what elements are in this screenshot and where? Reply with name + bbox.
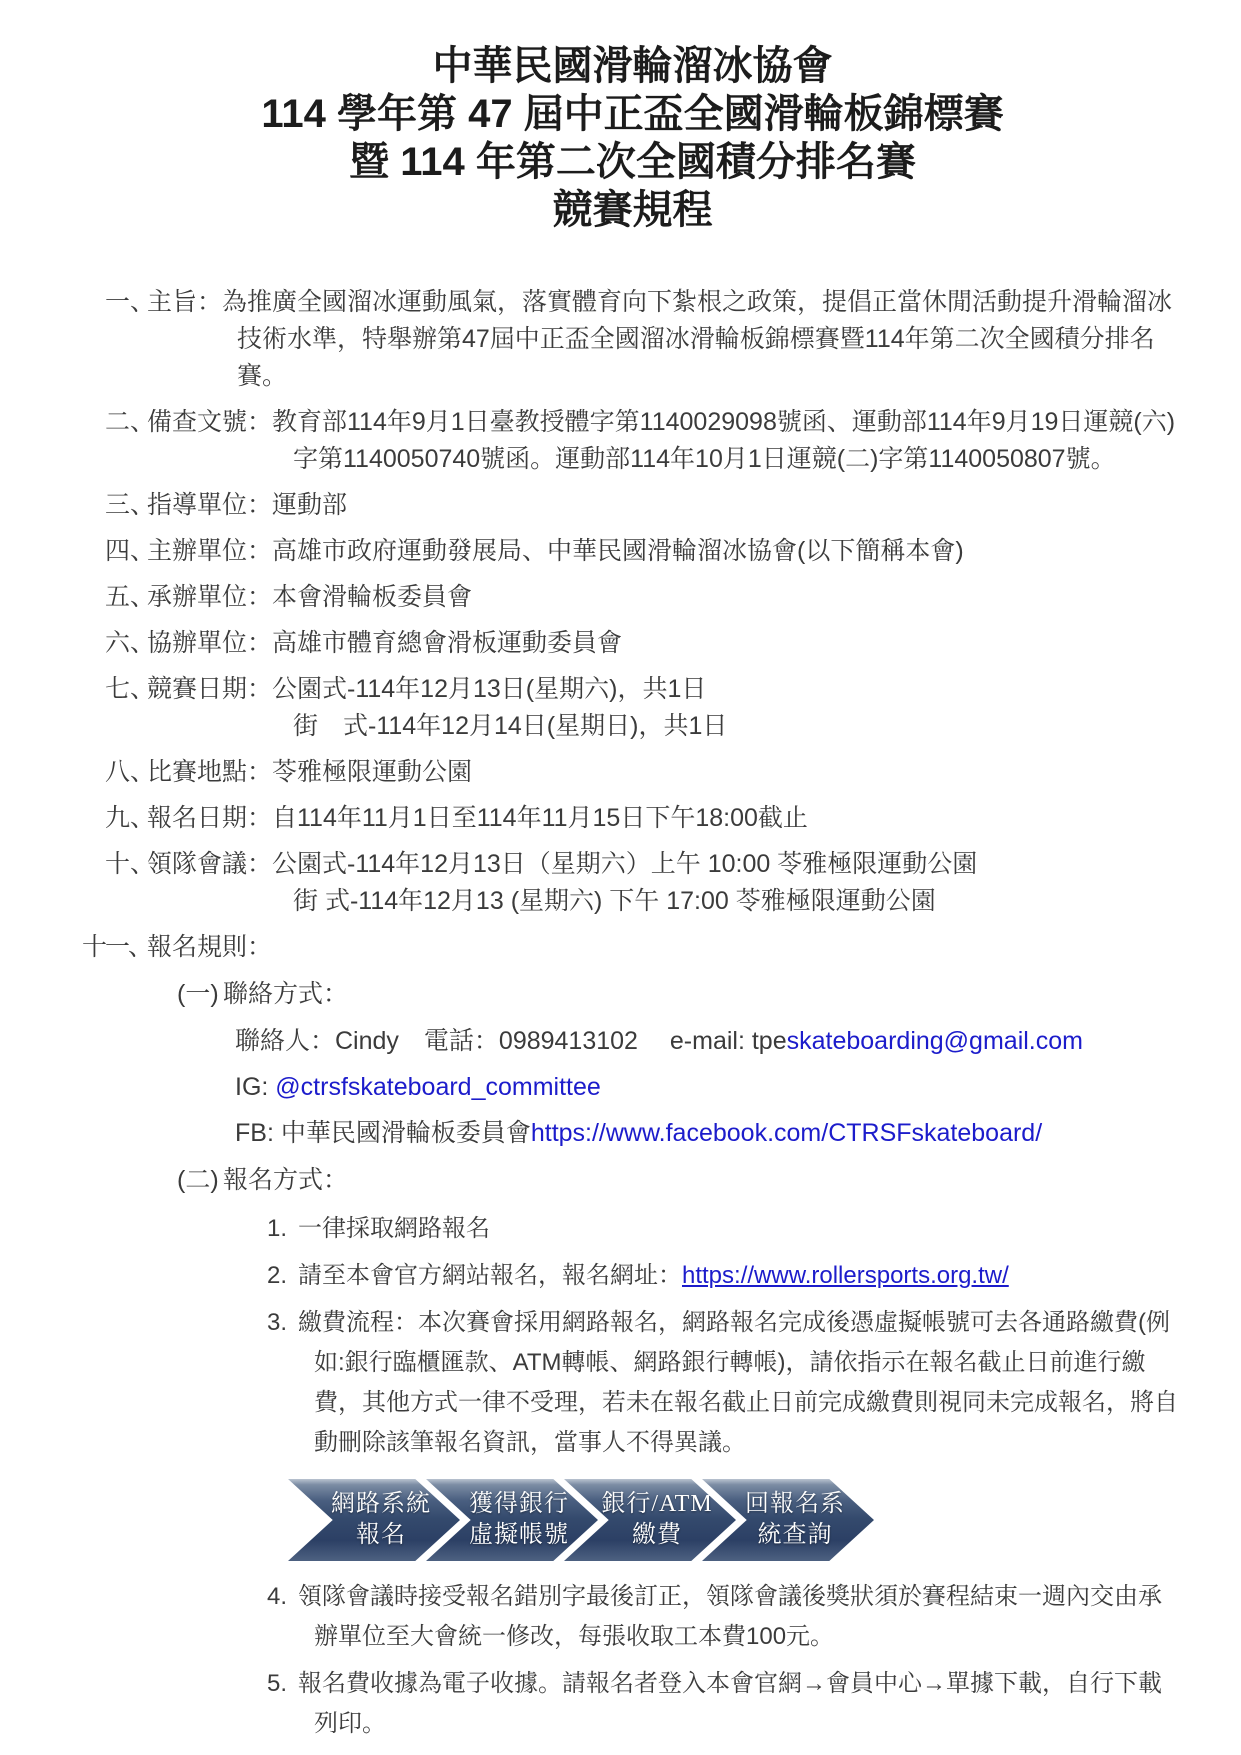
item-text: 報名規則： xyxy=(147,929,1183,966)
flow-step-label: 網路系統 xyxy=(331,1489,431,1520)
subsection-contact-methods: (一) 聯絡方式： xyxy=(177,976,1183,1013)
subsection-number: (一) xyxy=(177,976,223,1013)
leaders-meeting-line-2: 街 式-114年12月13 (星期六) 下午 17:00 苓雅極限運動公園 xyxy=(147,883,1183,920)
step-number: 4. xyxy=(267,1577,298,1657)
step-text: 請至本會官方網站報名，報名網址：https://www.rollersports… xyxy=(298,1256,1183,1296)
item-text: 備查文號：教育部114年9月1日臺教授體字第1140029098號函、運動部11… xyxy=(147,404,1183,478)
flow-step-label: 回報名系 xyxy=(745,1489,845,1520)
item-row-venue: 八、 比賽地點：苓雅極限運動公園 xyxy=(82,754,1183,791)
item-row-undertaking-unit: 五、 承辦單位：本會滑輪板委員會 xyxy=(82,579,1183,616)
item-number: 二、 xyxy=(82,404,147,478)
contact-person-line: 聯絡人：Cindy 電話：0989413102 e-mail: tpeskate… xyxy=(235,1023,1183,1060)
item-number: 五、 xyxy=(82,579,147,616)
item-text: 比賽地點：苓雅極限運動公園 xyxy=(147,754,1183,791)
flow-step-online-registration: 網路系統 報名 xyxy=(288,1479,460,1561)
item-body: 領隊會議：公園式-114年12月13日（星期六）上午 10:00 苓雅極限運動公… xyxy=(147,846,1183,920)
item-row-organizer: 四、 主辦單位：高雄市政府運動發展局、中華民國滑輪溜冰協會(以下簡稱本會) xyxy=(82,533,1183,570)
registration-step-2: 2. 請至本會官方網站報名，報名網址：https://www.rollerspo… xyxy=(267,1256,1183,1296)
item-row-co-organizer: 六、 協辦單位：高雄市體育總會滑板運動委員會 xyxy=(82,625,1183,662)
subsection-label: 聯絡方式： xyxy=(223,976,348,1013)
flow-step-label: 報名 xyxy=(356,1520,406,1551)
step-text: 領隊會議時接受報名錯別字最後訂正，領隊會議後獎狀須於賽程結束一週內交由承辦單位至… xyxy=(298,1577,1183,1657)
item-row-supervising-unit: 三、 指導單位：運動部 xyxy=(82,487,1183,524)
item-number: 六、 xyxy=(82,625,147,662)
competition-date-line-1: 競賽日期：公園式-114年12月13日(星期六)，共1日 xyxy=(147,671,1183,708)
facebook-link[interactable]: https://www.facebook.com/CTRSFskateboard… xyxy=(531,1119,1042,1147)
step-number: 5. xyxy=(267,1664,298,1744)
item-row-leaders-meeting: 十、 領隊會議：公園式-114年12月13日（星期六）上午 10:00 苓雅極限… xyxy=(82,846,1183,920)
registration-step-3: 3. 繳費流程：本次賽會採用網路報名，網路報名完成後憑虛擬帳號可去各通路繳費(例… xyxy=(267,1303,1183,1463)
item-row-registration-period: 九、 報名日期：自114年11月1日至114年11月15日下午18:00截止 xyxy=(82,800,1183,837)
facebook-line: FB: 中華民國滑輪板委員會https://www.facebook.com/C… xyxy=(235,1115,1183,1152)
item-text: 協辦單位：高雄市體育總會滑板運動委員會 xyxy=(147,625,1183,662)
subsection-label: 報名方式： xyxy=(223,1162,348,1199)
item-number: 四、 xyxy=(82,533,147,570)
document-title: 中華民國滑輪溜冰協會 114 學年第 47 屆中正盃全國滑輪板錦標賽 暨 114… xyxy=(82,42,1183,234)
flow-step-label: 統查詢 xyxy=(758,1520,833,1551)
fb-label: FB: 中華民國滑輪板委員會 xyxy=(235,1119,531,1147)
instagram-line: IG: @ctrsfskateboard_committee xyxy=(235,1069,1183,1106)
step-text: 繳費流程：本次賽會採用網路報名，網路報名完成後憑虛擬帳號可去各通路繳費(例如:銀… xyxy=(298,1303,1183,1463)
item-text: 主旨：為推廣全國溜冰運動風氣，落實體育向下紮根之政策，提倡正當休閒活動提升滑輪溜… xyxy=(147,284,1183,395)
step-number: 1. xyxy=(267,1209,298,1249)
step-text: 報名費收據為電子收據。請報名者登入本會官網→會員中心→單據下載，自行下載列印。 xyxy=(298,1664,1183,1744)
step-text: 一律採取網路報名 xyxy=(298,1209,1183,1249)
subsection-registration-methods: (二) 報名方式： xyxy=(177,1162,1183,1199)
item-body: 競賽日期：公園式-114年12月13日(星期六)，共1日 街 式-114年12月… xyxy=(147,671,1183,745)
title-line-3: 暨 114 年第二次全國積分排名賽 xyxy=(82,138,1183,186)
instagram-link[interactable]: @ctrsfskateboard_committee xyxy=(275,1073,601,1101)
item-text: 主辦單位：高雄市政府運動發展局、中華民國滑輪溜冰協會(以下簡稱本會) xyxy=(147,533,1183,570)
item-number: 一、 xyxy=(82,284,147,395)
item-number: 三、 xyxy=(82,487,147,524)
email-link[interactable]: skateboarding@gmail.com xyxy=(787,1027,1083,1055)
registration-url-link[interactable]: https://www.rollersports.org.tw/ xyxy=(682,1262,1009,1289)
leaders-meeting-line-1: 領隊會議：公園式-114年12月13日（星期六）上午 10:00 苓雅極限運動公… xyxy=(147,846,1183,883)
payment-flow-diagram: 網路系統 報名 獲得銀行 虛擬帳號 銀行/ATM 繳費 回報名系 統查詢 xyxy=(288,1479,1183,1561)
step-text-pre: 請至本會官方網站報名，報名網址： xyxy=(298,1262,682,1289)
item-number: 十、 xyxy=(82,846,147,920)
item-text: 報名日期：自114年11月1日至114年11月15日下午18:00截止 xyxy=(147,800,1183,837)
flow-step-label: 虛擬帳號 xyxy=(469,1520,569,1551)
flow-step-label: 銀行/ATM xyxy=(601,1489,712,1520)
title-line-1: 中華民國滑輪溜冰協會 xyxy=(82,42,1183,90)
ig-label: IG: xyxy=(235,1073,275,1101)
item-number: 十一、 xyxy=(82,929,147,966)
step-number: 2. xyxy=(267,1256,298,1296)
item-number: 八、 xyxy=(82,754,147,791)
item-number: 七、 xyxy=(82,671,147,745)
item-row-competition-dates: 七、 競賽日期：公園式-114年12月13日(星期六)，共1日 街 式-114年… xyxy=(82,671,1183,745)
step-number: 3. xyxy=(267,1303,298,1463)
item-text: 指導單位：運動部 xyxy=(147,487,1183,524)
item-row-registration-rules: 十一、 報名規則： xyxy=(82,929,1183,966)
item-row-purpose: 一、 主旨：為推廣全國溜冰運動風氣，落實體育向下紮根之政策，提倡正當休閒活動提升… xyxy=(82,284,1183,395)
document-page: 中華民國滑輪溜冰協會 114 學年第 47 屆中正盃全國滑輪板錦標賽 暨 114… xyxy=(0,0,1241,1755)
item-text: 承辦單位：本會滑輪板委員會 xyxy=(147,579,1183,616)
title-line-2: 114 學年第 47 屆中正盃全國滑輪板錦標賽 xyxy=(82,90,1183,138)
flow-step-label: 繳費 xyxy=(632,1520,682,1551)
item-row-reference-number: 二、 備查文號：教育部114年9月1日臺教授體字第1140029098號函、運動… xyxy=(82,404,1183,478)
competition-date-line-2: 街 式-114年12月14日(星期日)，共1日 xyxy=(147,708,1183,745)
registration-step-4: 4. 領隊會議時接受報名錯別字最後訂正，領隊會議後獎狀須於賽程結束一週內交由承辦… xyxy=(267,1577,1183,1657)
title-line-4: 競賽規程 xyxy=(82,186,1183,234)
item-number: 九、 xyxy=(82,800,147,837)
subsection-number: (二) xyxy=(177,1162,223,1199)
registration-step-1: 1. 一律採取網路報名 xyxy=(267,1209,1183,1249)
registration-step-5: 5. 報名費收據為電子收據。請報名者登入本會官網→會員中心→單據下載，自行下載列… xyxy=(267,1664,1183,1744)
flow-step-label: 獲得銀行 xyxy=(469,1489,569,1520)
contact-text: 聯絡人：Cindy 電話：0989413102 e-mail: tpe xyxy=(235,1027,787,1055)
